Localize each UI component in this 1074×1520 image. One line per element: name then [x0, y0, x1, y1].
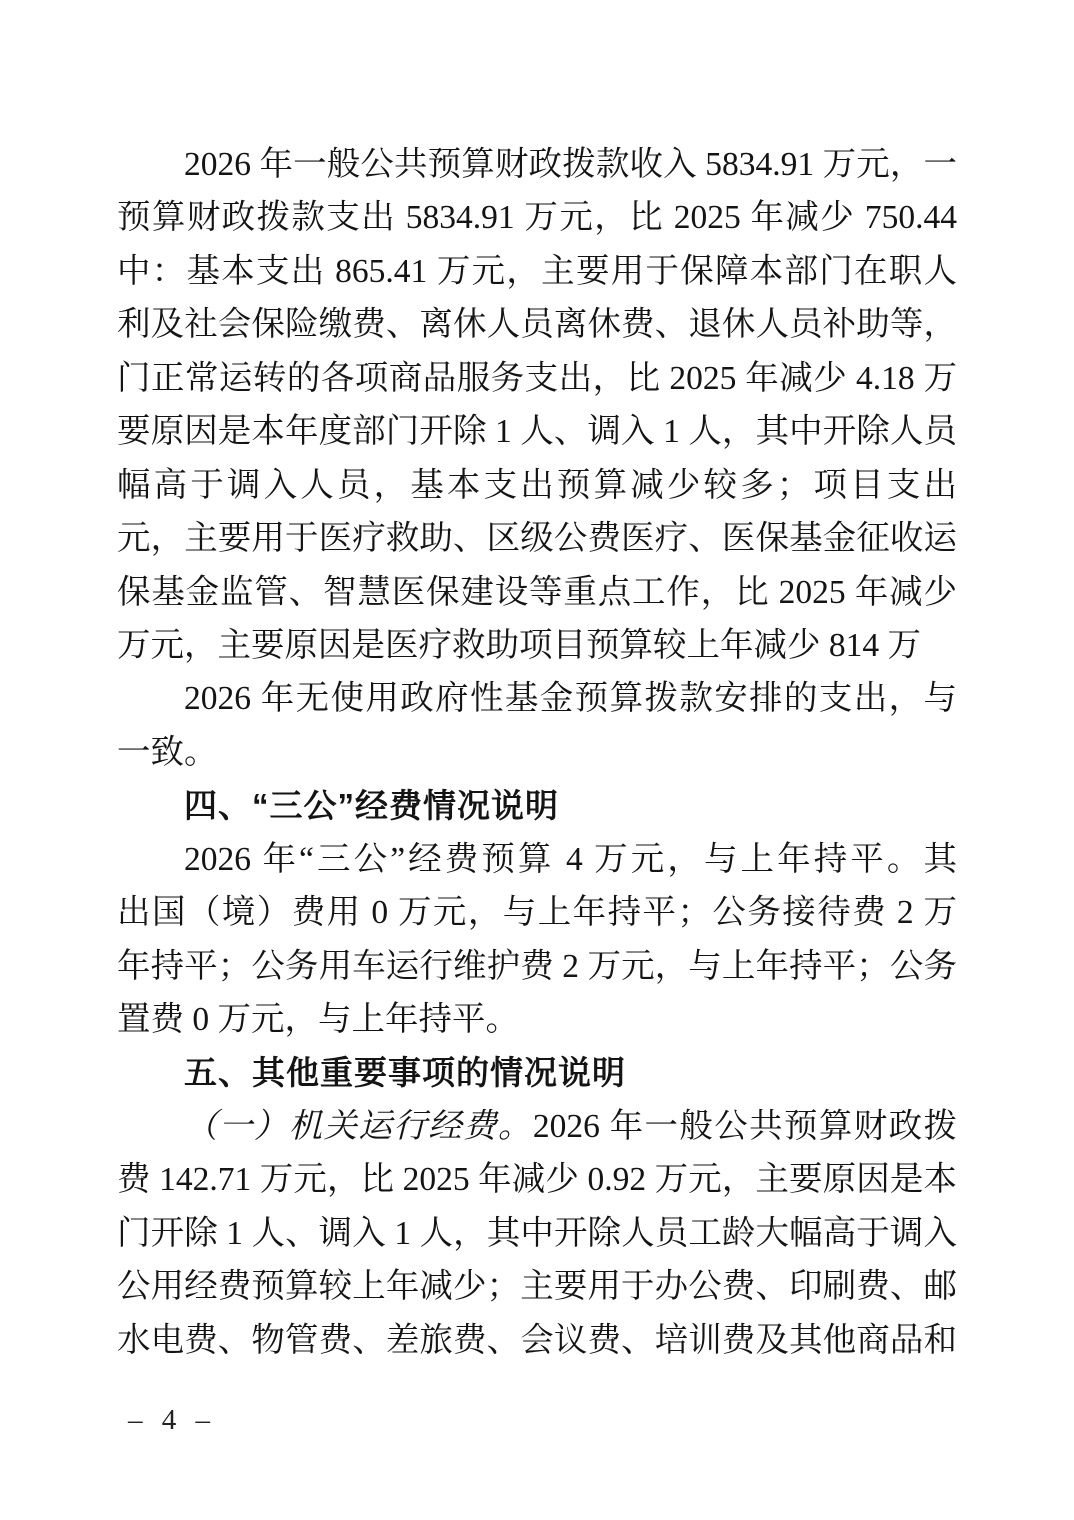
document-page: 2026 年一般公共预算财政拨款收入 5834.91 万元，一般公共 预算财政拨…	[0, 0, 1074, 1520]
body-line: 公用经费预算较上年减少；主要用于办公费、印刷费、邮电费、	[117, 1260, 957, 1313]
body-line: 门开除 1 人、调入 1 人，其中开除人员工龄大幅高于调入人员，	[117, 1207, 957, 1260]
body-line: 万元，主要原因是医疗救助项目预算较上年减少 814 万元。	[117, 619, 957, 672]
body-line: 预算财政拨款支出 5834.91 万元，比 2025 年减少 750.44 万元…	[117, 191, 957, 244]
body-line: 幅高于调入人员，基本支出预算减少较多；项目支出 4959.50 万	[117, 459, 957, 512]
body-line: （一）机关运行经费。2026 年一般公共预算财政拨款运行经	[117, 1100, 957, 1153]
subitem-label: （一）机关运行经费。	[184, 1108, 533, 1145]
body-line: 费 142.71 万元，比 2025 年减少 0.92 万元，主要原因是本年度部	[117, 1153, 957, 1206]
body-line: 门正常运转的各项商品服务支出，比 2025 年减少 4.18 万元，主	[117, 352, 957, 405]
body-line: 中：基本支出 865.41 万元，主要用于保障本部门在职人员工资福	[117, 245, 957, 298]
body-line: 一致。	[117, 726, 957, 779]
body-line: 置费 0 万元，与上年持平。	[117, 993, 957, 1046]
section-heading-other-important-matters: 五、其他重要事项的情况说明	[117, 1046, 957, 1099]
body-line: 2026 年无使用政府性基金预算拨款安排的支出，与上年保持	[117, 672, 957, 725]
body-line: 保基金监管、智慧医保建设等重点工作，比 2025 年减少 746.26	[117, 566, 957, 619]
body-line: 水电费、物管费、差旅费、会议费、培训费及其他商品和服务支	[117, 1314, 957, 1367]
body-line: 年持平；公务用车运行维护费 2 万元，与上年持平；公务用车购	[117, 940, 957, 993]
section-heading-three-public-funds: 四、“三公”经费情况说明	[117, 779, 957, 832]
body-line: 要原因是本年度部门开除 1 人、调入 1 人，其中开除人员工龄大	[117, 405, 957, 458]
body-line: 元，主要用于医疗救助、区级公费医疗、医保基金征收运行、医	[117, 512, 957, 565]
page-number: – 4 –	[128, 1404, 216, 1437]
body-line: 出国（境）费用 0 万元，与上年持平；公务接待费 2 万元，与上	[117, 886, 957, 939]
body-line: 利及社会保险缴费、离休人员离休费、退休人员补助等，保障部	[117, 298, 957, 351]
body-line: 2026 年“三公”经费预算 4 万元，与上年持平。其中：因公	[117, 833, 957, 886]
body-line: 2026 年一般公共预算财政拨款收入 5834.91 万元，一般公共	[117, 138, 957, 191]
